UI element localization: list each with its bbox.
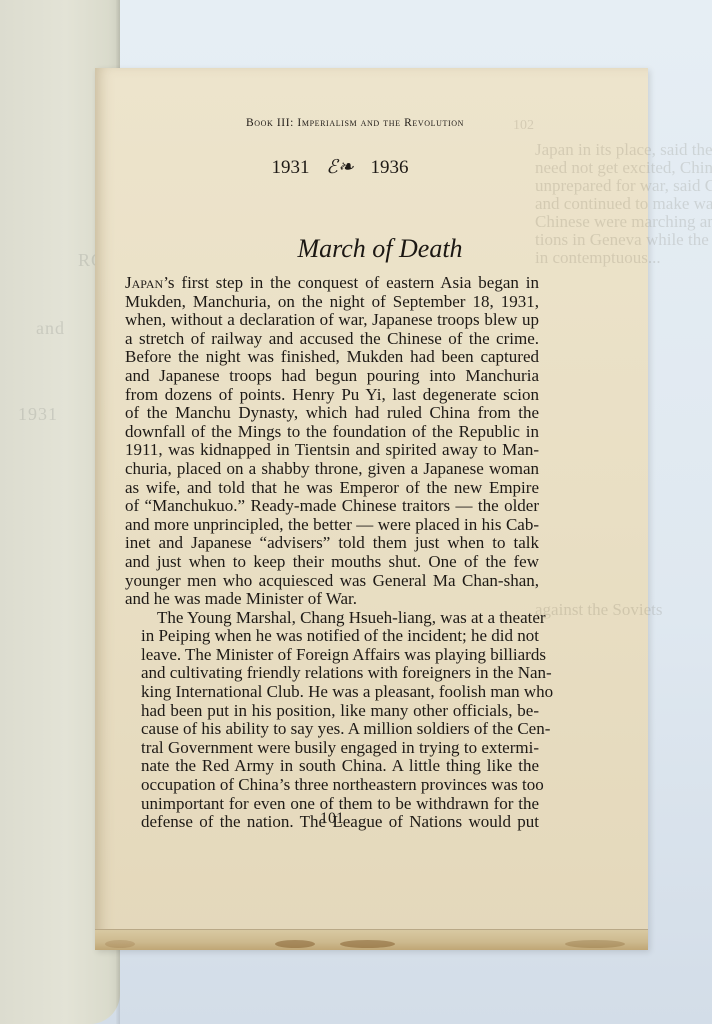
- text-line: downfall of the Mings to the foundation …: [125, 423, 539, 442]
- date-end: 1936: [370, 157, 408, 178]
- left-page-bleed-text: 1931: [18, 404, 58, 425]
- text-line: of the Manchu Dynasty, which had ruled C…: [125, 404, 539, 423]
- text-line-content: ’s first step in the conquest of eastern…: [163, 273, 539, 292]
- bleed-through-line: and continued to make war on the Red Arm…: [535, 194, 712, 214]
- text-line: and more unprincipled, the better — were…: [125, 516, 539, 535]
- paragraph-1: Japan’s first step in the conquest of ea…: [125, 274, 539, 609]
- body-text: Japan’s first step in the conquest of ea…: [125, 274, 539, 832]
- bleed-through-line: Chinese were marching and waiting before…: [535, 212, 712, 232]
- bleed-through-line: against the Soviets: [535, 600, 662, 620]
- text-line: Before the night was finished, Mukden ha…: [125, 348, 539, 367]
- bleed-through-line: unprepared for war, said Generalissimo C…: [535, 176, 712, 196]
- edge-stain: [105, 940, 135, 948]
- text-line: a stretch of railway and accused the Chi…: [125, 330, 539, 349]
- text-line: and just when to keep their mouths shut.…: [125, 553, 539, 572]
- page-number: 101: [95, 810, 569, 828]
- text-line: younger men who acquiesced was General M…: [125, 572, 539, 591]
- text-line: tral Government were busily engaged in t…: [125, 739, 539, 758]
- text-line: had been put in his position, like many …: [125, 702, 539, 721]
- paragraph-2: The Young Marshal, Chang Hsueh-liang, wa…: [125, 609, 539, 832]
- left-page-bleed-text: and: [36, 318, 65, 339]
- date-start: 1931: [272, 157, 310, 178]
- text-line: when, without a declaration of war, Japa…: [125, 311, 539, 330]
- lead-smallcaps: Japan: [125, 273, 163, 292]
- edge-stain: [565, 940, 625, 948]
- text-line: and cultivating friendly relations with …: [125, 664, 539, 683]
- book-page: 102 Japan in its place, said the Central…: [95, 68, 648, 950]
- text-line: Japan’s first step in the conquest of ea…: [125, 274, 539, 293]
- text-line: leave. The Minister of Foreign Affairs w…: [125, 646, 539, 665]
- text-line: churia, placed on a shabby throne, given…: [125, 460, 539, 479]
- fleuron-ornament-icon: ℰ❧: [326, 156, 353, 179]
- chapter-dates: 1931 ℰ❧ 1936: [95, 156, 575, 179]
- running-head: Book III: Imperialism and the Revolution: [95, 117, 575, 129]
- text-line: from dozens of points. Henry Pu Yi, last…: [125, 386, 539, 405]
- text-line: of “Manchukuo.” Ready-made Chinese trait…: [125, 497, 539, 516]
- edge-stain: [340, 940, 395, 948]
- text-line: nate the Red Army in south China. A litt…: [125, 757, 539, 776]
- chapter-title: March of Death: [95, 234, 595, 264]
- text-line: in Peiping when he was notified of the i…: [125, 627, 539, 646]
- text-line: inet and Japanese “advisers” told them j…: [125, 534, 539, 553]
- text-line: Mukden, Manchuria, on the night of Septe…: [125, 293, 539, 312]
- text-line: 1911, was kidnapped in Tientsin and spir…: [125, 441, 539, 460]
- text-line: and Japanese troops had begun pouring in…: [125, 367, 539, 386]
- page-bottom-edge: [95, 929, 648, 950]
- text-line: as wife, and told that he was Emperor of…: [125, 479, 539, 498]
- text-line: king International Club. He was a pleasa…: [125, 683, 539, 702]
- text-line: cause of his ability to say yes. A milli…: [125, 720, 539, 739]
- text-line: and he was made Minister of War.: [125, 590, 539, 609]
- edge-stain: [275, 940, 315, 948]
- text-line: The Young Marshal, Chang Hsueh-liang, wa…: [125, 609, 539, 628]
- text-line: occupation of China’s three northeastern…: [125, 776, 539, 795]
